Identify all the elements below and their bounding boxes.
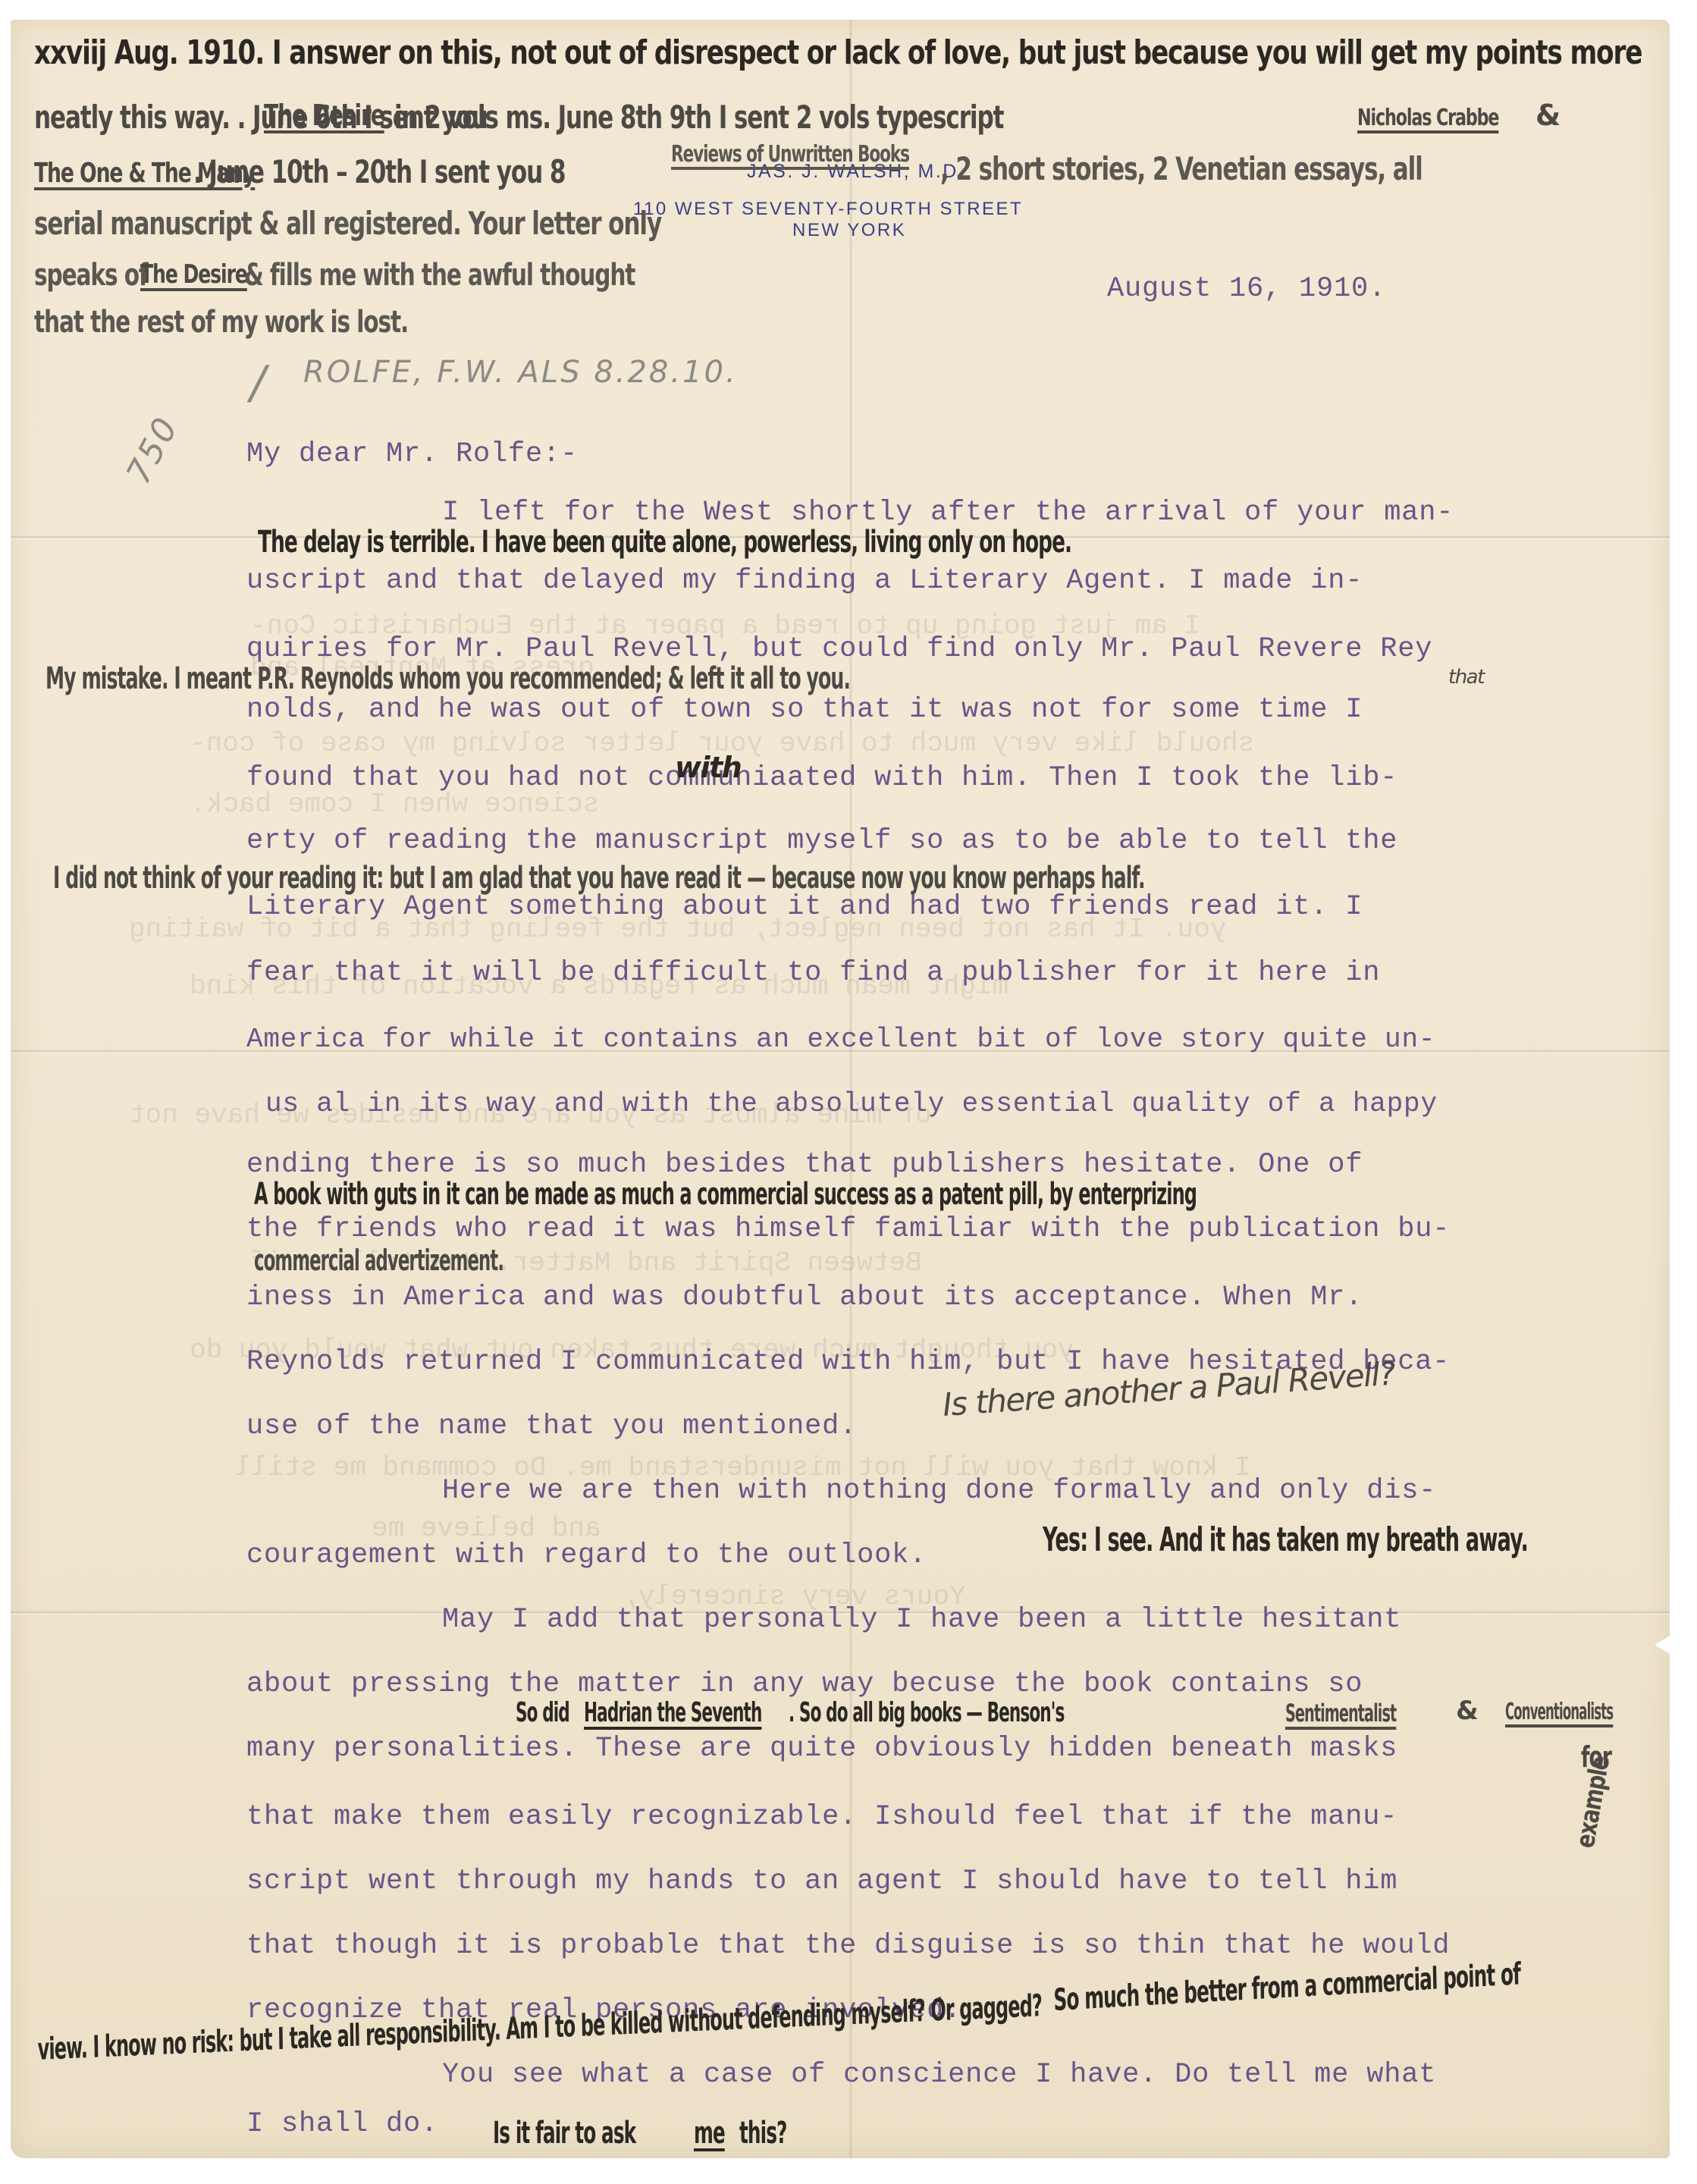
typed-line: fear that it will be difficult to find a… — [246, 957, 1380, 989]
typed-line: iness in America and was doubtful about … — [246, 1282, 1363, 1313]
annotation-my-mistake: My mistake. I meant P.R. Reynolds whom y… — [45, 661, 850, 696]
paper-tear — [1655, 1635, 1671, 1655]
typed-line: You see what a case of conscience I have… — [442, 2059, 1436, 2091]
catalog-pencil-note: ROLFE, F.W. ALS 8.28.10. — [303, 355, 738, 390]
annotation-me-underlined: me — [694, 2116, 725, 2151]
title-sentimentalist: Sentimentalist — [1285, 1699, 1396, 1727]
typed-line: us al in its way and with the absolutely… — [265, 1088, 1438, 1119]
typed-line: found that you had not communiaated with… — [246, 762, 1397, 794]
annotation-commercial-advertizement: commercial advertizement. — [254, 1244, 503, 1277]
title-the-desire: The Desire — [264, 99, 384, 132]
typed-line: uscript and that delayed my finding a Li… — [246, 565, 1363, 597]
title-reviews-of-unwritten-books: Reviews of Unwritten Books — [671, 141, 909, 168]
annotation-yes-i-see: Yes: I see. And it has taken my breath a… — [1043, 1520, 1528, 1559]
typed-line: couragement with regard to the outlook. — [246, 1539, 927, 1571]
header-line-3b: , 2 short stories, 2 Venetian essays, al… — [940, 150, 1423, 187]
typed-line: I shall do. — [246, 2108, 438, 2140]
typed-line: many personalities. These are quite obvi… — [246, 1733, 1397, 1765]
typed-line: that though it is probable that the disg… — [246, 1930, 1450, 1962]
annotation-did-not-think: I did not think of your reading it: but … — [53, 861, 1145, 896]
typed-line: the friends who read it was himself fami… — [246, 1213, 1450, 1245]
annotation-book-with-guts: A book with guts in it can be made as mu… — [254, 1177, 1197, 1212]
typed-line: I left for the West shortly after the ar… — [442, 497, 1454, 529]
typed-line: about pressing the matter in any way bec… — [246, 1668, 1363, 1700]
typed-line: script went through my hands to an agent… — [246, 1865, 1397, 1897]
header-line-5b: & fills me with the awful thought — [244, 258, 635, 293]
header-line-5: speaks of — [34, 258, 148, 293]
title-nicholas-crabbe: Nicholas Crabbe — [1357, 105, 1498, 131]
correction-with: with — [675, 751, 741, 784]
title-hadrian-the-seventh: Hadrian the Seventh — [584, 1697, 761, 1728]
typed-line: ending there is so much besides that pub… — [246, 1149, 1363, 1181]
typed-line: nolds, and he was out of town so that it… — [246, 694, 1363, 726]
salutation: My dear Mr. Rolfe:- — [246, 438, 578, 470]
annotation-delay-terrible: The delay is terrible. I have been quite… — [258, 525, 1071, 560]
typed-line: Literary Agent something about it and ha… — [246, 891, 1363, 923]
header-line-3: . June 10th – 20th I sent you 8 — [193, 153, 565, 190]
typed-line: America for while it contains an excelle… — [246, 1024, 1435, 1055]
header-line-1: xxviij Aug. 1910. I answer on this, not … — [34, 33, 1642, 72]
header-line-4: serial manuscript & all registered. Your… — [34, 205, 661, 242]
header-line-6: that the rest of my work is lost. — [34, 305, 408, 340]
annotation-so-did: So did — [516, 1697, 569, 1728]
insertion-that: that — [1448, 666, 1484, 689]
typed-line: use of the name that you mentioned. — [246, 1410, 857, 1442]
title-the-desire-2: The Desire — [140, 259, 247, 290]
typed-line: Here we are then with nothing done forma… — [442, 1475, 1436, 1507]
typed-line: May I add that personally I have been a … — [442, 1604, 1401, 1636]
annotation-so-do-all-big-books: . So do all big books — Benson's — [789, 1697, 1064, 1728]
title-conventionalists: Conventionalists — [1505, 1699, 1613, 1725]
annotation-this: this? — [739, 2116, 787, 2151]
letter-date: August 16, 1910. — [1107, 273, 1386, 305]
typed-line: quiries for Mr. Paul Revell, but could f… — [246, 633, 1432, 665]
typed-line: erty of reading the manuscript myself so… — [246, 825, 1397, 857]
ampersand: & — [1535, 99, 1560, 132]
letterhead-city: NEW YORK — [792, 220, 906, 241]
letterhead-address: 110 WEST SEVENTY-FOURTH STREET — [633, 199, 1023, 220]
typed-line: that make them easily recognizable. Isho… — [246, 1801, 1397, 1833]
header-line-2b: in 2 vols ms. June 8th 9th I sent 2 vols… — [394, 99, 1003, 136]
annotation-is-it-fair: Is it fair to ask — [493, 2116, 635, 2151]
ampersand-2: & — [1456, 1696, 1477, 1726]
check-mark: / — [250, 356, 268, 409]
